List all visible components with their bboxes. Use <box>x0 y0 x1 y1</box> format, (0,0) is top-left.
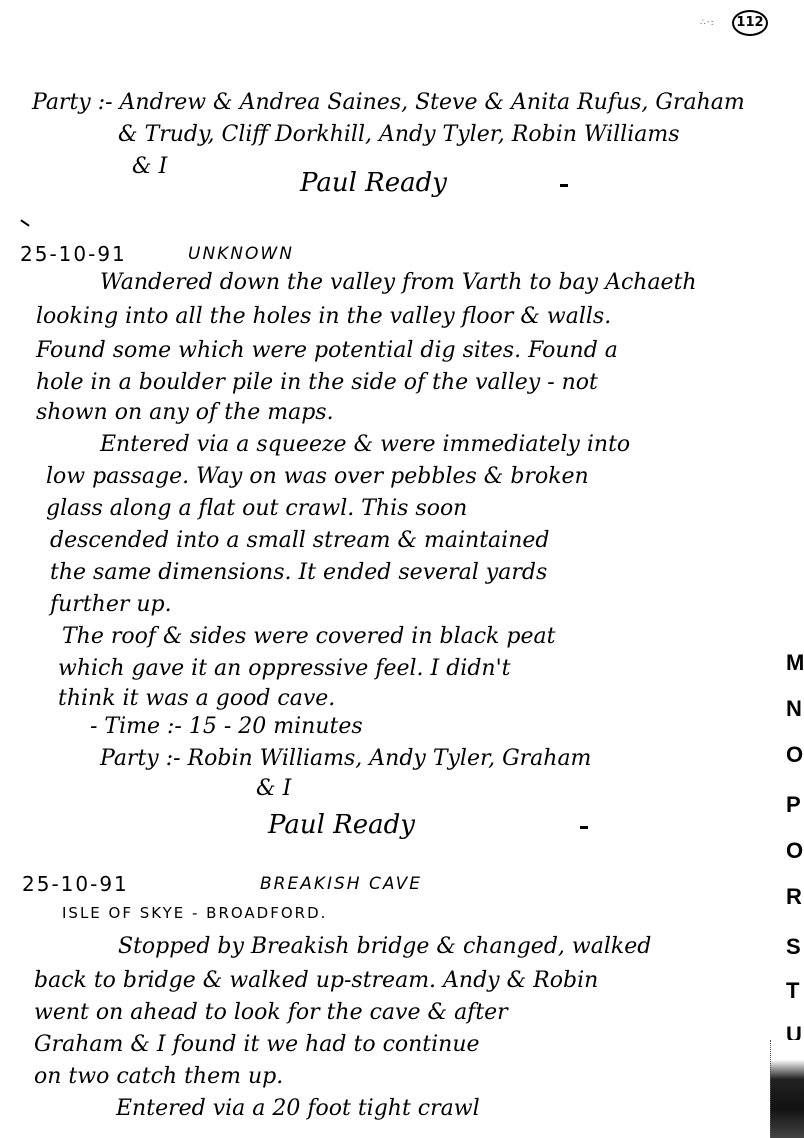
edge-photo-fragment <box>770 1040 804 1138</box>
edge-letter: M <box>786 650 804 676</box>
edge-letter: O <box>786 838 804 864</box>
entry-1-line-14: think it was a good cave. <box>58 688 335 710</box>
entry-1-cave: UNKNOWN <box>188 246 294 263</box>
intro-party-line-1: Party :- Andrew & Andrea Saines, Steve &… <box>32 92 745 114</box>
entry-2-line-5: on two catch them up. <box>34 1066 283 1088</box>
entry-1-line-1: Wandered down the valley from Varth to b… <box>100 272 697 294</box>
entry-1-time: - Time :- 15 - 20 minutes <box>90 716 363 738</box>
entry-1-party-line-2: & I <box>256 778 291 800</box>
entry-1-line-11: further up. <box>50 594 172 616</box>
intro-party-line-2: & Trudy, Cliff Dorkhill, Andy Tyler, Rob… <box>118 124 680 146</box>
edge-letter: S <box>786 934 804 960</box>
edge-letter: N <box>786 696 804 722</box>
edge-letter: R <box>786 884 804 910</box>
entry-1-line-3: Found some which were potential dig site… <box>36 340 618 362</box>
entry-1-line-12: The roof & sides were covered in black p… <box>62 626 555 648</box>
entry-1-line-6: Entered via a squeeze & were immediately… <box>100 434 630 456</box>
entry-1-signature: Paul Ready <box>268 812 415 838</box>
margin-mark <box>20 219 29 226</box>
intro-party-line-3: & I <box>132 156 167 178</box>
entry-2-date: 25-10-91 <box>22 874 129 894</box>
entry-2-location: ISLE OF SKYE - BROADFORD. <box>62 906 327 921</box>
entry-1-line-2: looking into all the holes in the valley… <box>36 306 611 328</box>
dash-mark <box>560 184 568 187</box>
entry-2-line-6: Entered via a 20 foot tight crawl <box>116 1098 480 1120</box>
entry-2-line-3: went on ahead to look for the cave & aft… <box>34 1002 508 1024</box>
edge-letter: T <box>786 978 804 1004</box>
entry-2-cave: BREAKISH CAVE <box>260 876 422 893</box>
entry-1-line-4: hole in a boulder pile in the side of th… <box>36 372 598 394</box>
entry-1-line-9: descended into a small stream & maintain… <box>50 530 549 552</box>
dash-mark <box>580 826 588 829</box>
entry-1-line-10: the same dimensions. It ended several ya… <box>50 562 547 584</box>
entry-1-date: 25-10-91 <box>20 244 127 264</box>
entry-2-line-2: back to bridge & walked up-stream. Andy … <box>34 970 598 992</box>
entry-1-line-13: which gave it an oppressive feel. I didn… <box>58 658 510 680</box>
page-number: 112 <box>732 10 768 36</box>
intro-signature: Paul Ready <box>300 170 447 196</box>
entry-2-line-1: Stopped by Breakish bridge & changed, wa… <box>118 936 651 958</box>
entry-1-line-5: shown on any of the maps. <box>36 402 334 424</box>
edge-letter: O <box>786 742 804 768</box>
entry-1-line-8: glass along a flat out crawl. This soon <box>46 498 467 520</box>
entry-2-line-4: Graham & I found it we had to continue <box>34 1034 480 1056</box>
entry-1-party-line-1: Party :- Robin Williams, Andy Tyler, Gra… <box>100 748 591 770</box>
entry-1-line-7: low passage. Way on was over pebbles & b… <box>46 466 589 488</box>
edge-letter: P <box>786 792 804 818</box>
scan-specks: ∴·: <box>700 18 715 28</box>
